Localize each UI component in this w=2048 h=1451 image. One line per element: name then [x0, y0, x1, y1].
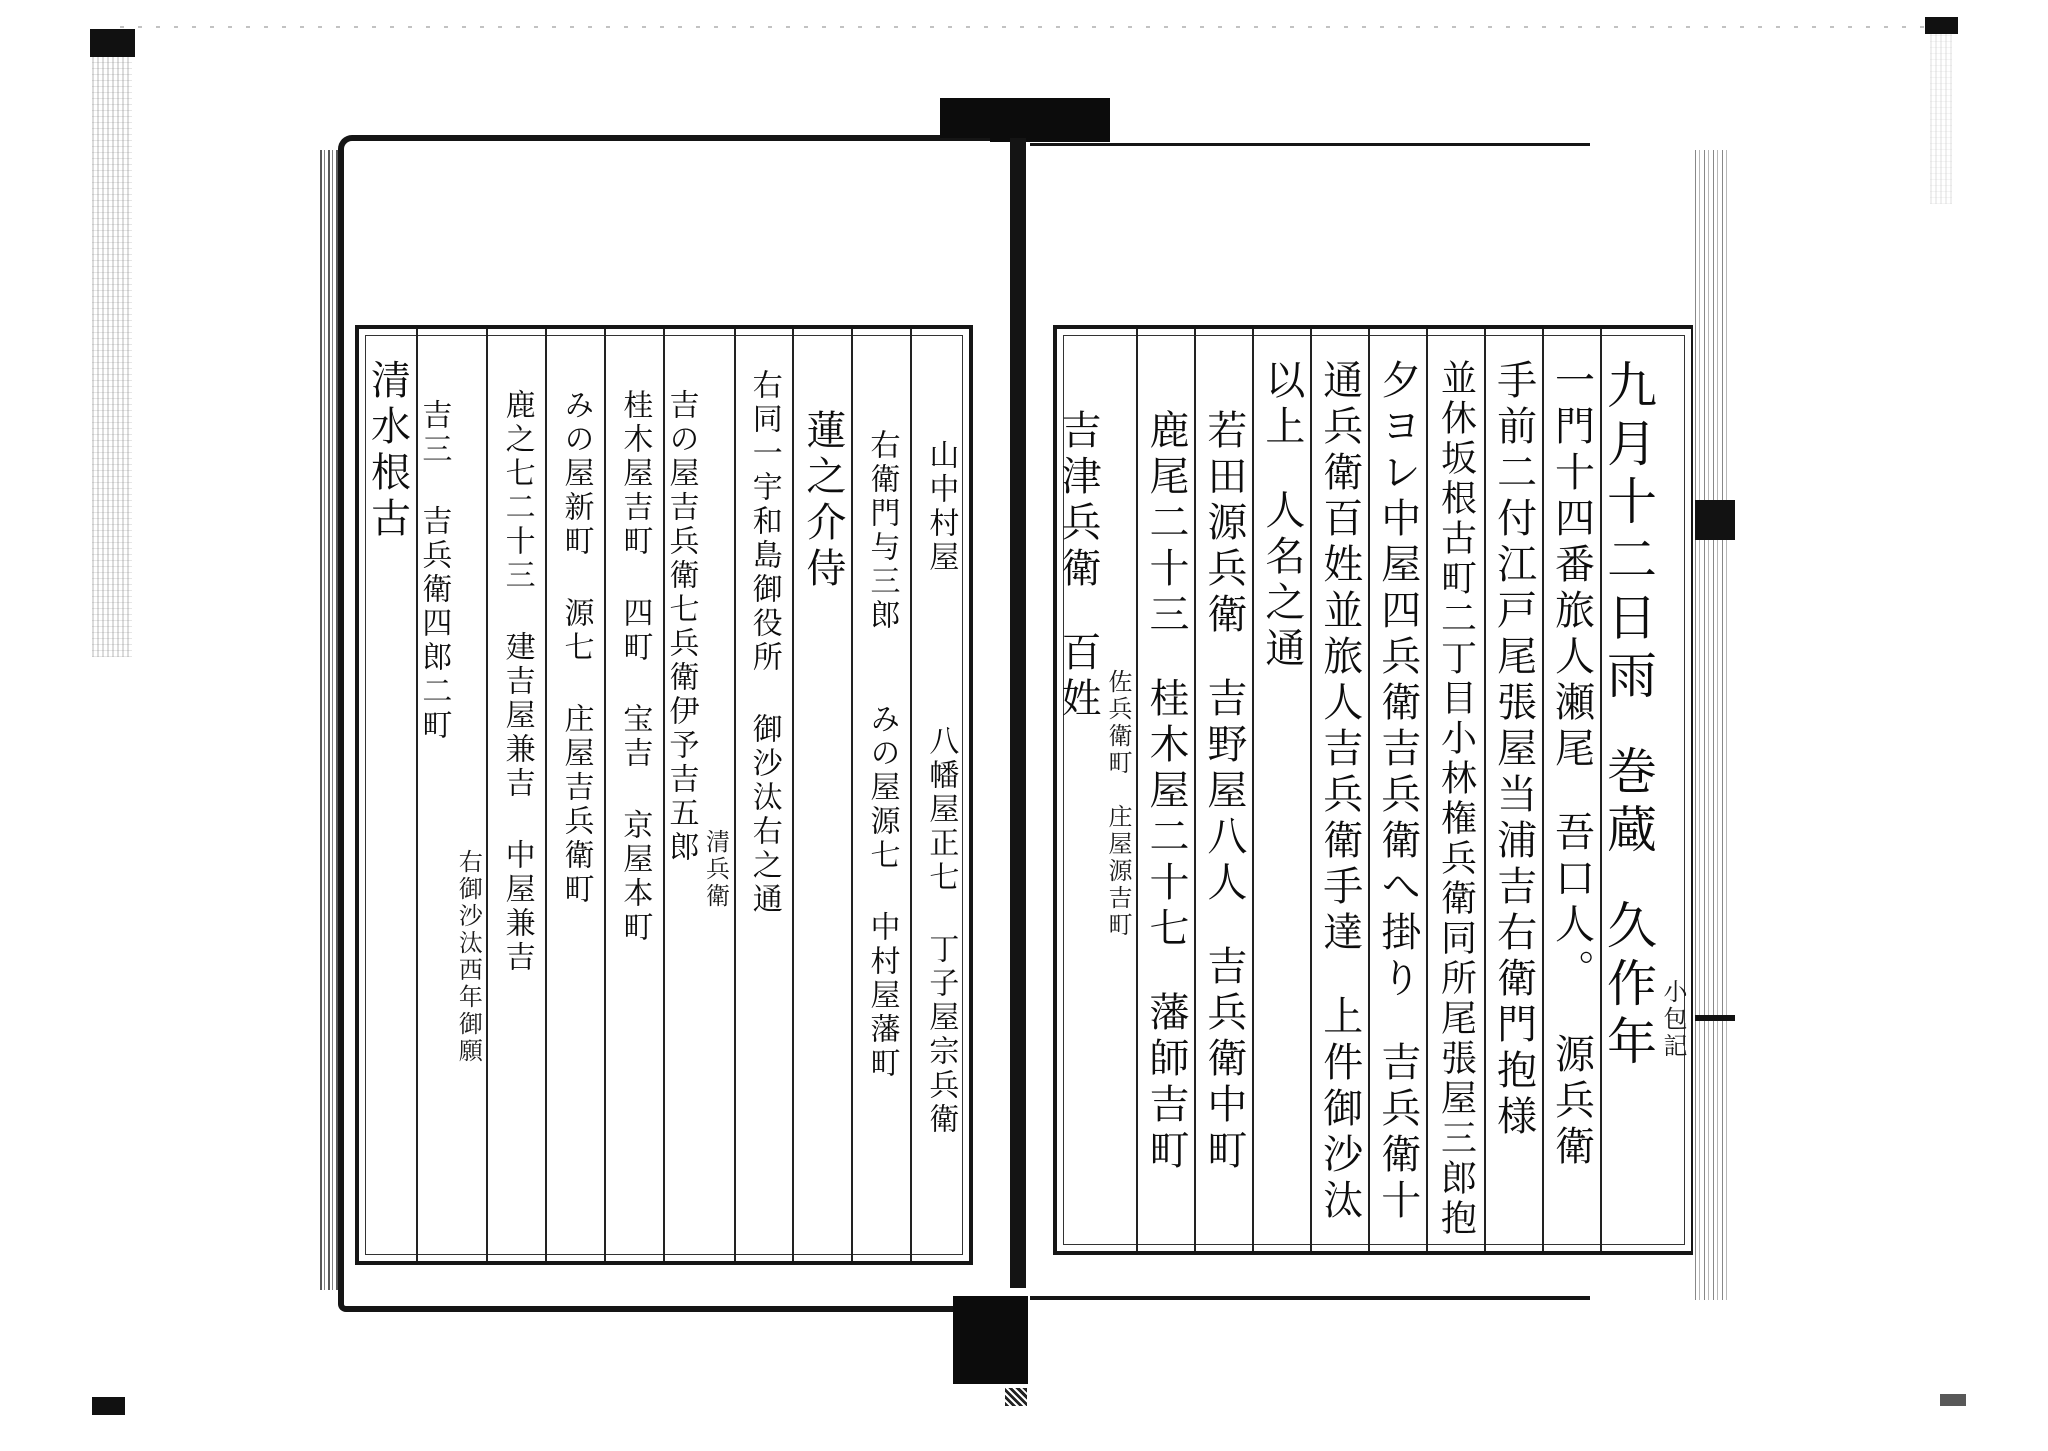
scan-speckle-left — [92, 57, 132, 657]
right-page-ruled-frame: 九月十二日雨巻蔵久作年 小包記 一門十四番旅人瀬尾吾口人。源兵衛 手前二付江戸尾… — [1053, 325, 1693, 1255]
right-column-2: 一門十四番旅人瀬尾吾口人。源兵衛 — [1542, 329, 1600, 1251]
right-column-9: 鹿尾二十三桂木屋二十七藩師吉町 — [1136, 329, 1194, 1251]
column-text: 手前二付江戸尾張屋当浦吉右衛門抱様 — [1493, 359, 1535, 1251]
column-text: 清水根古 — [366, 359, 408, 1261]
right-column-4: 並休坂根古町二丁目小林権兵衛同所尾張屋三郎抱 — [1426, 329, 1484, 1251]
scan-top-rule — [120, 26, 1928, 28]
scan-speckle-right — [1930, 34, 1952, 204]
left-column-2: 右衛門与三郎みの屋源七中村屋藩町 — [851, 329, 910, 1261]
left-column-3: 蓮之介侍 — [792, 329, 851, 1261]
right-edge-tab-upper — [1695, 500, 1735, 540]
column-text: 右同一宇和島御役所御沙汰右之通 — [748, 369, 780, 1261]
scan-corner-mark-top-right — [1925, 17, 1958, 34]
right-column-7: 以上人名之通 — [1252, 329, 1310, 1251]
left-column-1: 山中村屋八幡屋正七丁子屋宗兵衛 — [910, 329, 969, 1261]
right-column-1: 九月十二日雨巻蔵久作年 小包記 — [1600, 329, 1692, 1251]
left-column-7: みの屋新町源七庄屋吉兵衛町 — [545, 329, 604, 1261]
right-column-6: 通兵衛百姓並旅人吉兵衛手達上件御沙汰 — [1310, 329, 1368, 1251]
scan-corner-mark-bottom-right — [1940, 1394, 1966, 1406]
column-text: 並休坂根古町二丁目小林権兵衛同所尾張屋三郎抱 — [1437, 359, 1475, 1251]
column-text: 通兵衛百姓並旅人吉兵衛手達上件御沙汰 — [1319, 359, 1361, 1251]
left-column-8: 鹿之七二十三建吉屋兼吉中屋兼吉 — [486, 329, 545, 1261]
column-text: 鹿之七二十三建吉屋兼吉中屋兼吉 — [501, 389, 533, 1261]
scan-corner-mark-top-left — [90, 29, 135, 57]
column-annotation: 清兵衛 — [699, 829, 734, 1261]
column-text: 蓮之介侍 — [802, 409, 844, 1261]
column-text: 若田源兵衛吉野屋八人吉兵衛中町 — [1203, 409, 1245, 1251]
column-text: 桂木屋吉町四町宝吉京屋本町 — [619, 389, 651, 1261]
column-text: 九月十二日雨巻蔵久作年 — [1602, 359, 1655, 1251]
column-text: 夕ヨレ中屋四兵衛吉兵衛へ掛り吉兵衛十 — [1377, 359, 1419, 1251]
column-text: 吉三吉兵衛四郎二町 — [418, 399, 450, 1261]
spine-clamp-bottom — [953, 1296, 1028, 1384]
scan-corner-mark-bottom-left — [92, 1397, 125, 1415]
column-annotation: 右御沙汰西年御願 — [451, 849, 486, 1261]
column-text: 吉の屋吉兵衛七兵衛伊予吉五郎 — [665, 389, 697, 1261]
spine-clamp-top-extension — [990, 112, 1110, 142]
right-column-8: 若田源兵衛吉野屋八人吉兵衛中町 — [1194, 329, 1252, 1251]
left-column-10: 清水根古 — [359, 329, 416, 1261]
column-text: みの屋新町源七庄屋吉兵衛町 — [560, 389, 592, 1261]
left-page-ruled-frame: 山中村屋八幡屋正七丁子屋宗兵衛 右衛門与三郎みの屋源七中村屋藩町 蓮之介侍 右同… — [355, 325, 973, 1265]
right-edge-tab-lower — [1695, 1015, 1735, 1021]
right-fore-edge — [1695, 150, 1731, 1300]
column-text: 山中村屋八幡屋正七丁子屋宗兵衛 — [925, 439, 957, 1261]
left-column-6: 桂木屋吉町四町宝吉京屋本町 — [604, 329, 663, 1261]
book-spine — [1010, 138, 1026, 1288]
column-text: 以上人名之通 — [1261, 359, 1303, 1251]
left-column-5: 吉の屋吉兵衛七兵衛伊予吉五郎 清兵衛 — [663, 329, 734, 1261]
right-column-3: 手前二付江戸尾張屋当浦吉右衛門抱様 — [1484, 329, 1542, 1251]
right-column-10: 吉津兵衛百姓 佐兵衛町 庄屋源吉町 — [1057, 329, 1136, 1251]
column-text: 吉津兵衛百姓 — [1057, 409, 1099, 1251]
column-annotation: 小包記 — [1656, 979, 1691, 1251]
left-column-4: 右同一宇和島御役所御沙汰右之通 — [734, 329, 793, 1261]
right-column-5: 夕ヨレ中屋四兵衛吉兵衛へ掛り吉兵衛十 — [1368, 329, 1426, 1251]
left-column-9: 吉三吉兵衛四郎二町 右御沙汰西年御願 — [416, 329, 487, 1261]
column-text: 一門十四番旅人瀬尾吾口人。源兵衛 — [1551, 359, 1593, 1251]
column-text: 鹿尾二十三桂木屋二十七藩師吉町 — [1145, 409, 1187, 1251]
column-text: 右衛門与三郎みの屋源七中村屋藩町 — [866, 429, 898, 1261]
column-annotation: 佐兵衛町 庄屋源吉町 — [1101, 669, 1136, 1251]
scan-barcode-mark — [1005, 1388, 1027, 1406]
